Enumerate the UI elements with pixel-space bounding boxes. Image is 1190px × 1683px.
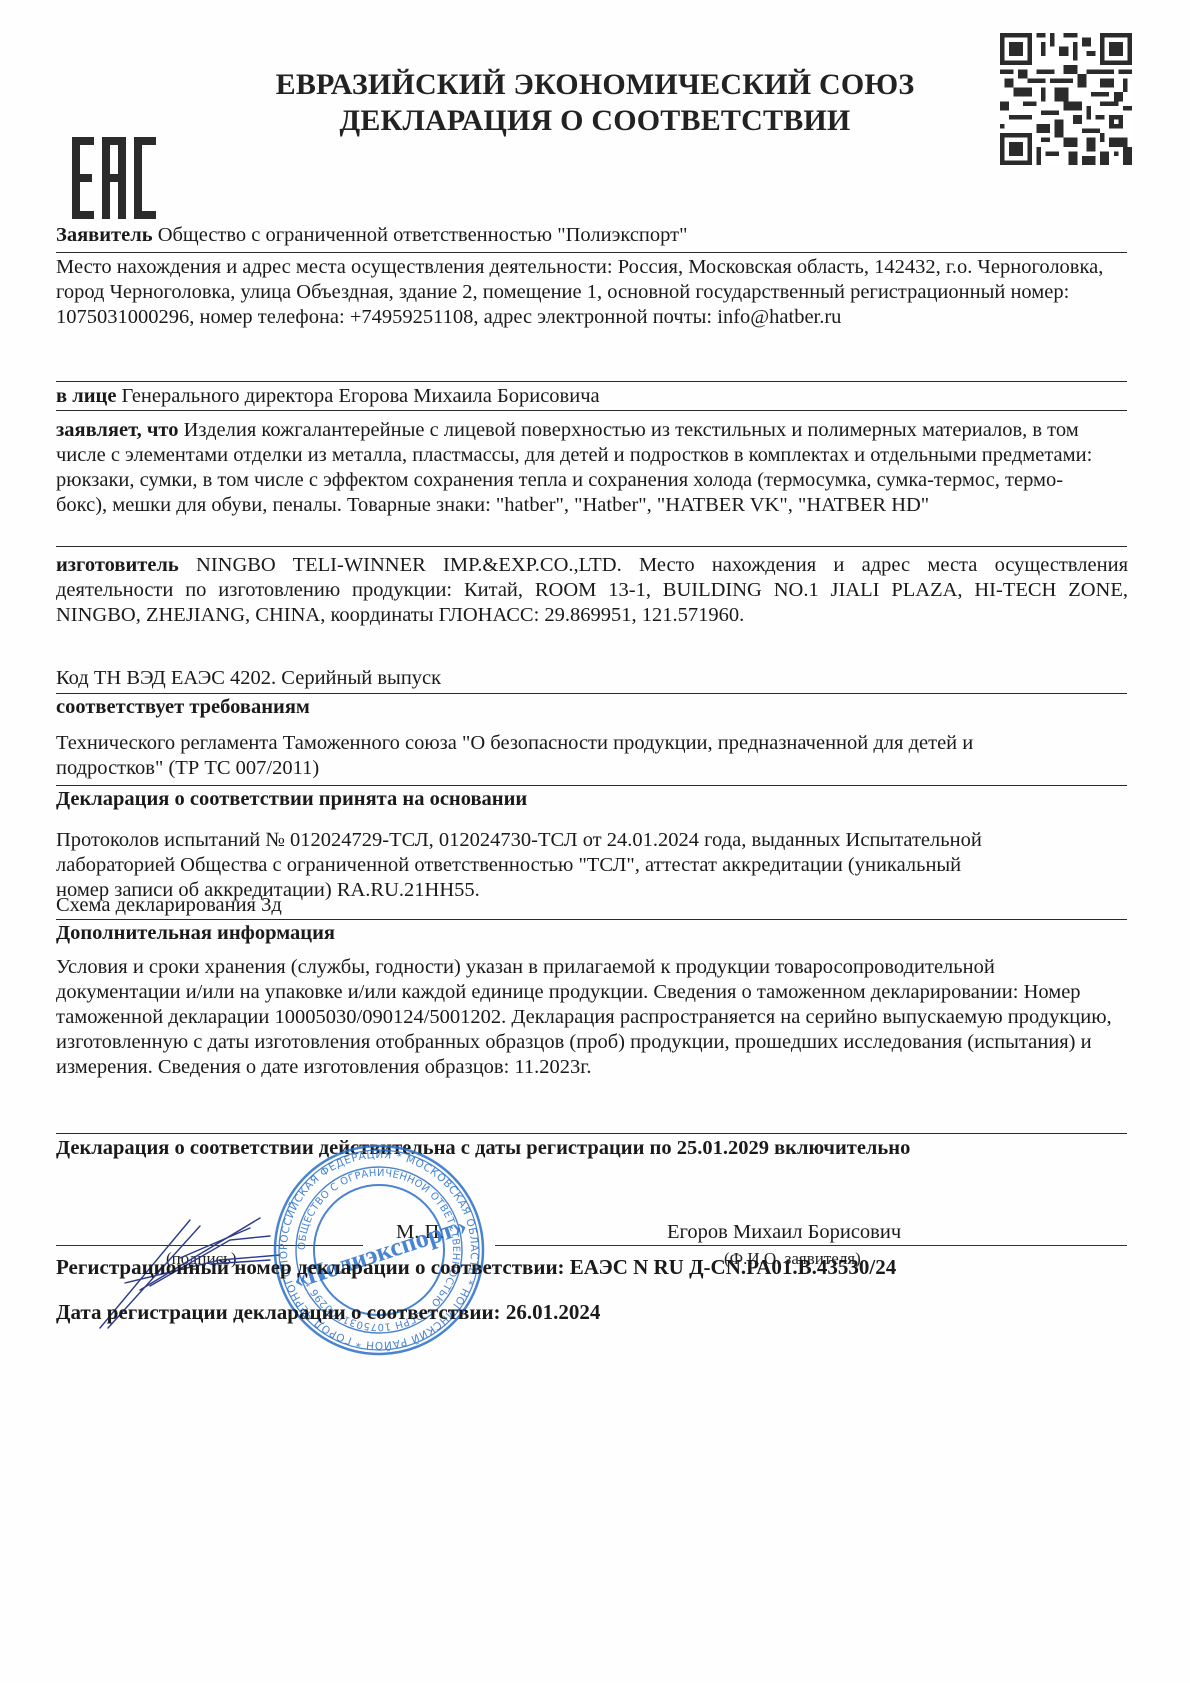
declares-value: Изделия кожгалантерейные с лицевой повер… — [56, 419, 1092, 516]
divider — [56, 546, 1127, 547]
registration-number-label: Регистрационный номер декларации о соотв… — [56, 1255, 565, 1279]
qr-code-icon[interactable] — [1000, 33, 1132, 165]
requirements-value: Технического регламента Таможенного союз… — [56, 731, 1076, 781]
signer-name: Егоров Михаил Борисович — [667, 1221, 901, 1244]
declared-products: заявляет, что Изделия кожгалантерейные с… — [56, 418, 1096, 518]
eac-mark-icon — [72, 137, 156, 219]
signer-name-line — [495, 1245, 1127, 1246]
validity-statement: Декларация о соответствии действительна … — [56, 1136, 1128, 1161]
document-title-declaration: ДЕКЛАРАЦИЯ О СООТВЕТСТВИИ — [200, 103, 990, 139]
divider — [56, 252, 1127, 253]
manufacturer-field: изготовитель NINGBO TELI-WINNER IMP.&EXP… — [56, 553, 1128, 628]
basis-heading: Декларация о соответствии принята на осн… — [56, 787, 1128, 812]
requirements-heading: соответствует требованиям — [56, 695, 1128, 720]
divider — [56, 410, 1127, 411]
additional-info-heading: Дополнительная информация — [56, 921, 1128, 946]
registration-number: Регистрационный номер декларации о соотв… — [56, 1255, 896, 1280]
registration-date-value: 26.01.2024 — [506, 1300, 601, 1324]
divider — [56, 1133, 1127, 1134]
declaration-page: ЕВРАЗИЙСКИЙ ЭКОНОМИЧЕСКИЙ СОЮЗ ДЕКЛАРАЦИ… — [0, 0, 1190, 1683]
manufacturer-label: изготовитель — [56, 554, 179, 576]
registration-number-value: ЕАЭС N RU Д-CN.РА01.В.43530/24 — [570, 1255, 896, 1279]
additional-info-value: Условия и сроки хранения (службы, годнос… — [56, 955, 1116, 1080]
registration-date: Дата регистрации декларации о соответств… — [56, 1300, 600, 1325]
divider — [56, 693, 1127, 694]
representative-label: в лице — [56, 385, 116, 407]
declares-label: заявляет, что — [56, 419, 178, 441]
divider — [56, 381, 1127, 382]
hs-code-line: Код ТН ВЭД ЕАЭС 4202. Серийный выпуск — [56, 666, 1128, 691]
manufacturer-value: NINGBO TELI-WINNER IMP.&EXP.CO.,LTD. Мес… — [56, 554, 1128, 626]
basis-value: Протоколов испытаний № 012024729-ТСЛ, 01… — [56, 828, 1016, 903]
declaration-scheme: Схема декларирования 3д — [56, 893, 1128, 918]
applicant-label: Заявитель — [56, 224, 153, 246]
divider — [56, 919, 1127, 920]
registration-date-label: Дата регистрации декларации о соответств… — [56, 1300, 501, 1324]
document-title-union: ЕВРАЗИЙСКИЙ ЭКОНОМИЧЕСКИЙ СОЮЗ — [200, 67, 990, 103]
applicant-value: Общество с ограниченной ответственностью… — [158, 224, 688, 246]
applicant-field: Заявитель Общество с ограниченной ответс… — [56, 223, 1128, 248]
representative-field: в лице Генерального директора Егорова Ми… — [56, 384, 1128, 409]
representative-value: Генерального директора Егорова Михаила Б… — [122, 385, 600, 407]
applicant-address: Место нахождения и адрес места осуществл… — [56, 255, 1116, 330]
divider — [56, 785, 1127, 786]
